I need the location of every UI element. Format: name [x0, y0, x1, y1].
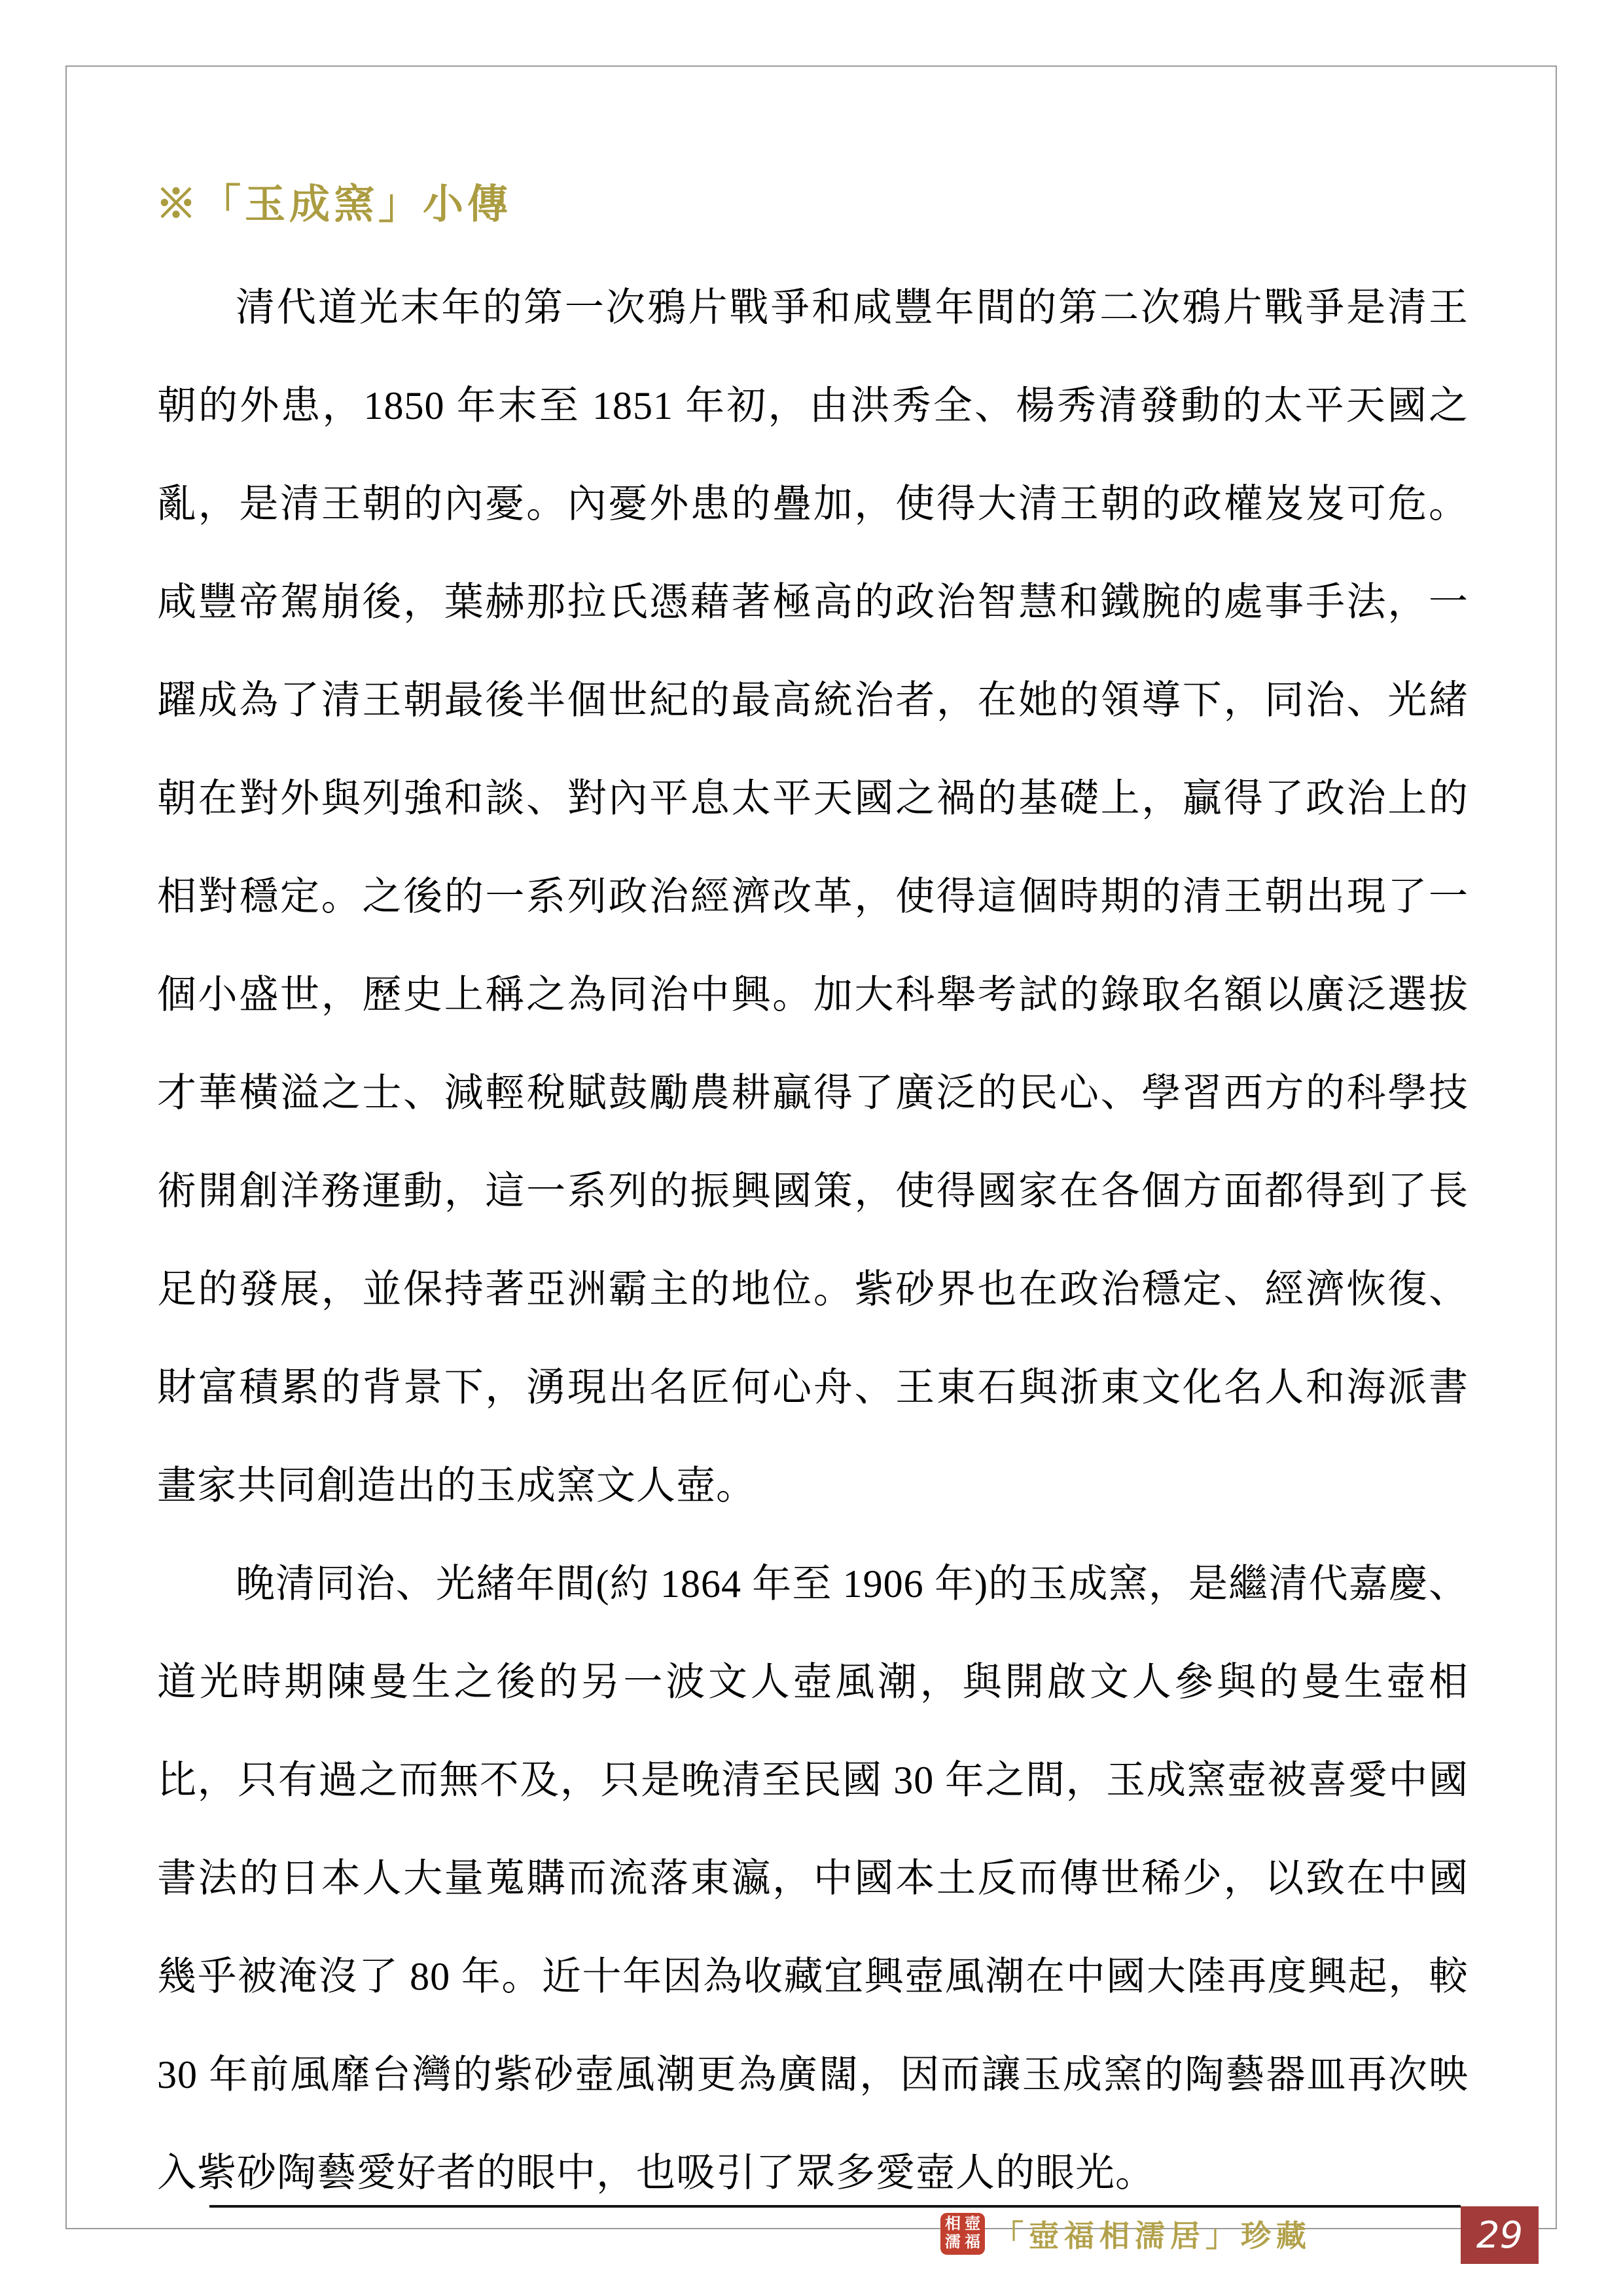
footer-rule — [209, 2205, 1461, 2208]
collection-seal-icon: 相壺濡福 — [941, 2214, 984, 2254]
body-text: 清代道光末年的第一次鴉片戰爭和咸豐年間的第二次鴉片戰爭是清王朝的外患，1850 … — [157, 259, 1469, 2222]
seal-character: 相 — [943, 2215, 963, 2234]
page-number-badge: 29 — [1461, 2206, 1539, 2264]
seal-character: 福 — [963, 2234, 982, 2252]
seal-character: 壺 — [963, 2215, 982, 2234]
body-paragraph-2: 晚清同治、光緒年間(約 1864 年至 1906 年)的玉成窯，是繼清代嘉慶、道… — [157, 1535, 1469, 2222]
seal-character: 濡 — [943, 2234, 963, 2252]
page-title: ※「玉成窯」小傳 — [156, 171, 512, 230]
collection-label: 「壺福相濡居」珍藏 — [993, 2212, 1311, 2255]
page-number: 29 — [1476, 2214, 1523, 2257]
body-paragraph-1: 清代道光末年的第一次鴉片戰爭和咸豐年間的第二次鴉片戰爭是清王朝的外患，1850 … — [157, 259, 1469, 1535]
footer-brand: 相壺濡福 「壺福相濡居」珍藏 — [941, 2212, 1311, 2255]
